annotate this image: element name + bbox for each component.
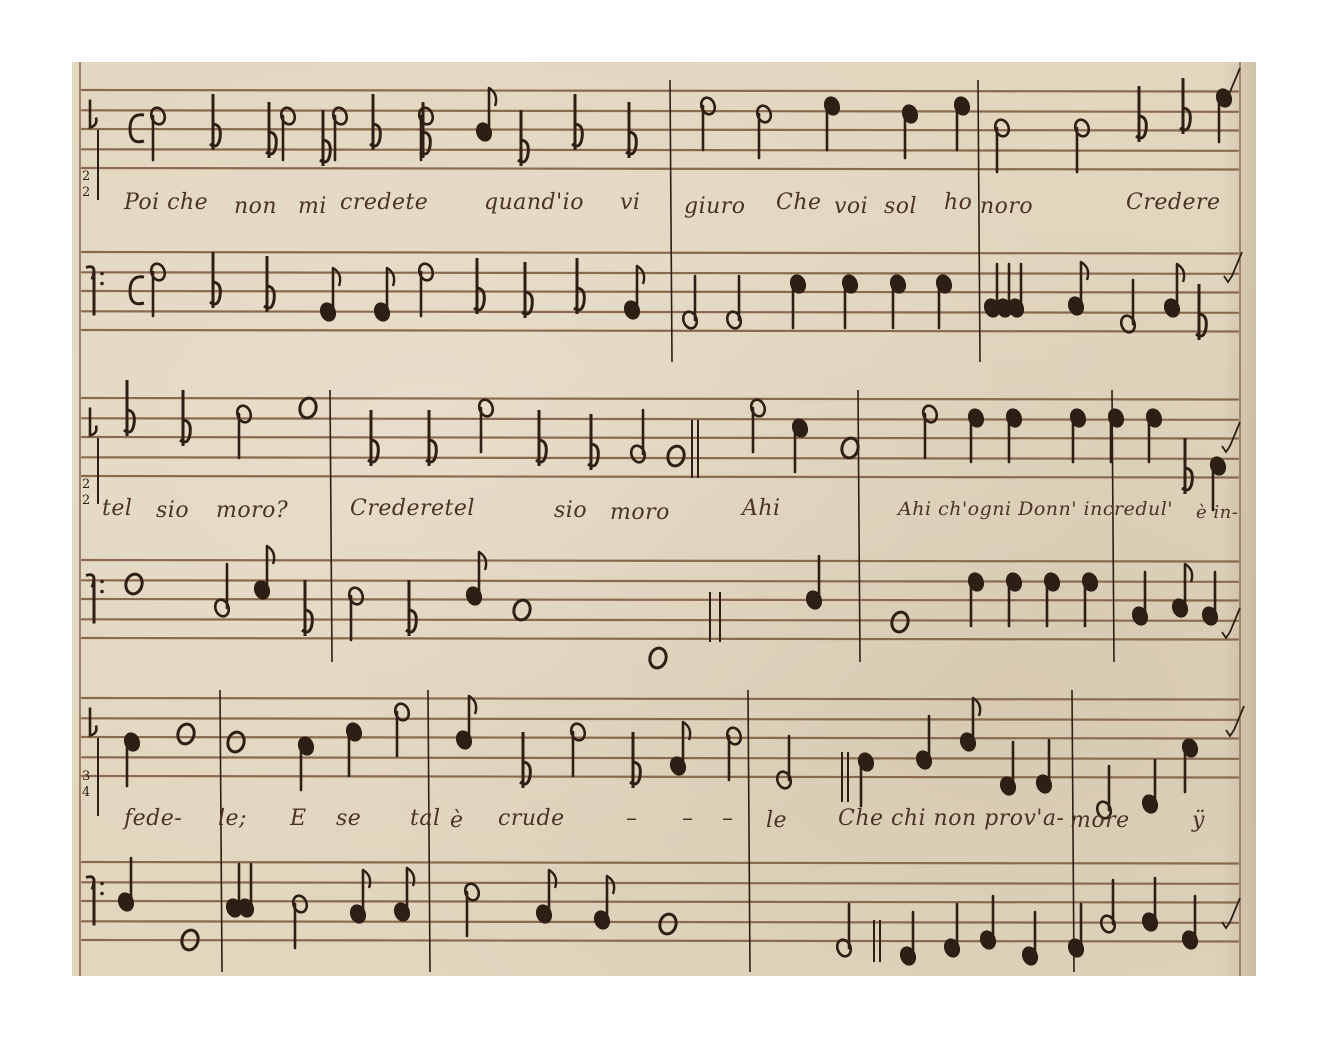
meter-numeral: 3 xyxy=(82,770,90,783)
note-head xyxy=(1131,606,1149,626)
c-clef-icon xyxy=(90,708,96,736)
lyric-syllable: E xyxy=(290,806,307,831)
lyric-syllable: ÿ xyxy=(1192,808,1205,833)
note-head xyxy=(253,580,271,600)
lyric-syllable: crude xyxy=(498,806,565,831)
note-head xyxy=(725,726,743,746)
clef-dot xyxy=(100,282,104,286)
note-head xyxy=(999,776,1017,796)
lyric-syllable: se xyxy=(336,806,361,831)
note-head xyxy=(967,408,985,428)
note-head xyxy=(455,730,473,750)
barline xyxy=(330,390,332,662)
whole-note xyxy=(648,646,669,669)
note-head xyxy=(1043,572,1061,592)
lyric-syllable: è xyxy=(450,808,464,833)
lyric-syllable: mi xyxy=(298,194,327,219)
whole-note xyxy=(176,722,197,745)
lyric-syllable: moro? xyxy=(216,498,288,523)
lyric-syllable: Poi che xyxy=(124,190,208,215)
lyric-syllable: sol xyxy=(884,194,917,219)
barline xyxy=(748,690,750,972)
lyric-syllable: giuro xyxy=(684,194,746,219)
note-head xyxy=(901,104,919,124)
lyric-syllable: – xyxy=(626,806,638,831)
lyric-syllable: more xyxy=(1070,808,1130,833)
c-clef-icon xyxy=(90,408,96,436)
staff-line xyxy=(82,457,1238,459)
lyric-syllable: noro xyxy=(980,194,1033,219)
custos-icon xyxy=(1222,608,1240,638)
lyric-syllable: fede- xyxy=(124,806,182,831)
note-head xyxy=(465,586,483,606)
note-head xyxy=(347,586,365,606)
lyric-syllable: ho xyxy=(944,190,972,215)
lyric-syllable: Crederetel xyxy=(350,496,475,521)
staff-line xyxy=(82,291,1238,293)
note-head xyxy=(1145,408,1163,428)
note-head xyxy=(1005,408,1023,428)
lyric-syllable: tel xyxy=(102,496,132,521)
note-head xyxy=(959,732,977,752)
staff-line xyxy=(82,252,1238,254)
note-head xyxy=(699,96,717,116)
note-head xyxy=(857,752,875,772)
staff-line xyxy=(82,901,1238,903)
lyric-syllable: vi xyxy=(620,190,640,215)
note-head xyxy=(297,736,315,756)
clef-dot xyxy=(100,590,104,594)
meter-numeral: 4 xyxy=(82,786,90,799)
barline xyxy=(428,690,430,972)
whole-note xyxy=(124,572,145,595)
note-head xyxy=(1141,794,1159,814)
note-head xyxy=(319,302,337,322)
staff-line xyxy=(82,698,1238,700)
note-head xyxy=(345,722,363,742)
note-head xyxy=(1163,298,1181,318)
lyric-syllable: Ahi xyxy=(742,496,781,521)
note-head xyxy=(235,404,253,424)
note-head xyxy=(823,96,841,116)
note-head xyxy=(1181,738,1199,758)
note-head xyxy=(1099,914,1117,934)
staff-line xyxy=(82,418,1238,420)
note-head xyxy=(967,572,985,592)
note-head xyxy=(463,882,481,902)
note-head xyxy=(899,946,917,966)
note-head xyxy=(213,598,231,618)
staff-line xyxy=(82,149,1238,151)
staff-line xyxy=(82,638,1238,640)
note-head xyxy=(149,106,167,126)
lyric-syllable: – xyxy=(722,806,734,831)
meter-numeral: 2 xyxy=(82,494,90,507)
meter-numeral: 2 xyxy=(82,186,90,199)
staff-line xyxy=(82,311,1238,313)
staff-line xyxy=(82,437,1238,439)
note-head xyxy=(953,96,971,116)
lyric-syllable: moro xyxy=(610,500,670,525)
whole-note xyxy=(666,444,687,467)
note-head xyxy=(117,892,135,912)
note-head xyxy=(593,910,611,930)
clef-dot xyxy=(100,580,104,584)
note-head xyxy=(1107,408,1125,428)
note-head xyxy=(1005,572,1023,592)
note-head xyxy=(993,118,1011,138)
staff-line xyxy=(82,862,1238,864)
custos-icon xyxy=(1222,422,1240,452)
custos-icon xyxy=(1226,706,1244,736)
note-head xyxy=(393,902,411,922)
staff-line xyxy=(82,882,1238,884)
note-head xyxy=(805,590,823,610)
staff-line xyxy=(82,560,1238,562)
clef-dot xyxy=(100,892,104,896)
staff-line xyxy=(82,168,1238,170)
note-head xyxy=(123,732,141,752)
note-head xyxy=(979,930,997,950)
staff-line xyxy=(82,110,1238,112)
staff-line xyxy=(82,129,1238,131)
barline xyxy=(670,80,672,362)
note-head xyxy=(915,750,933,770)
lyric-syllable: sio xyxy=(554,498,587,523)
note-head xyxy=(291,894,309,914)
note-head xyxy=(1181,930,1199,950)
meter-numeral: 2 xyxy=(82,170,90,183)
barline xyxy=(978,80,980,362)
lyric-syllable: – xyxy=(682,806,694,831)
staff-line xyxy=(82,580,1238,582)
note-head xyxy=(1073,118,1091,138)
manuscript-page: Poi che non mi credete quand'io vi giuro… xyxy=(72,62,1256,976)
staff-line xyxy=(82,398,1238,400)
note-head xyxy=(475,122,493,142)
note-head xyxy=(775,770,793,790)
staff-line xyxy=(82,718,1238,720)
staff-line xyxy=(82,619,1238,621)
note-head xyxy=(1081,572,1099,592)
lyric-syllable: tal xyxy=(410,806,441,831)
note-head xyxy=(331,106,349,126)
whole-note xyxy=(226,730,247,753)
note-head xyxy=(279,106,297,126)
clef-dot xyxy=(100,882,104,886)
lyric-syllable: le; xyxy=(218,806,247,831)
lyric-syllable: non xyxy=(234,194,277,219)
lyric-syllable: Ahi ch'ogni Donn' incredul' xyxy=(898,498,1173,520)
lyric-syllable: Che xyxy=(776,190,822,215)
staff-line xyxy=(82,940,1238,942)
lyric-syllable: Che chi non prov'a- xyxy=(838,806,1064,831)
lyric-syllable: è in- xyxy=(1196,502,1238,523)
whole-note xyxy=(840,436,861,459)
whole-note xyxy=(658,912,679,935)
note-head xyxy=(755,104,773,124)
staff-line xyxy=(82,776,1238,778)
note-head xyxy=(921,404,939,424)
staff-line xyxy=(82,90,1238,92)
lyric-syllable: voi xyxy=(834,194,868,219)
note-head xyxy=(749,398,767,418)
lyric-syllable: le xyxy=(766,808,787,833)
staff-line xyxy=(82,476,1238,478)
staff-line xyxy=(82,330,1238,332)
clef-dot xyxy=(100,272,104,276)
note-head xyxy=(477,398,495,418)
whole-note xyxy=(298,396,319,419)
lyric-syllable: quand'io xyxy=(484,190,584,215)
meter-numeral: 2 xyxy=(82,478,90,491)
c-clef-icon xyxy=(90,100,96,128)
note-head xyxy=(623,300,641,320)
note-head xyxy=(417,106,435,126)
staff-line xyxy=(82,737,1238,739)
lyric-syllable: sio xyxy=(156,498,189,523)
note-head xyxy=(1141,912,1159,932)
note-head xyxy=(1021,946,1039,966)
staff-line xyxy=(82,599,1238,601)
whole-note xyxy=(512,598,533,621)
staff-line xyxy=(82,757,1238,759)
lyric-syllable: credete xyxy=(340,190,428,215)
note-head xyxy=(1069,408,1087,428)
note-head xyxy=(791,418,809,438)
whole-note xyxy=(890,610,911,633)
note-head xyxy=(1201,606,1219,626)
barline xyxy=(220,690,222,972)
lyric-syllable: Credere xyxy=(1126,190,1221,215)
note-head xyxy=(629,444,647,464)
note-head xyxy=(569,722,587,742)
note-head xyxy=(373,302,391,322)
staff-line xyxy=(82,272,1238,274)
